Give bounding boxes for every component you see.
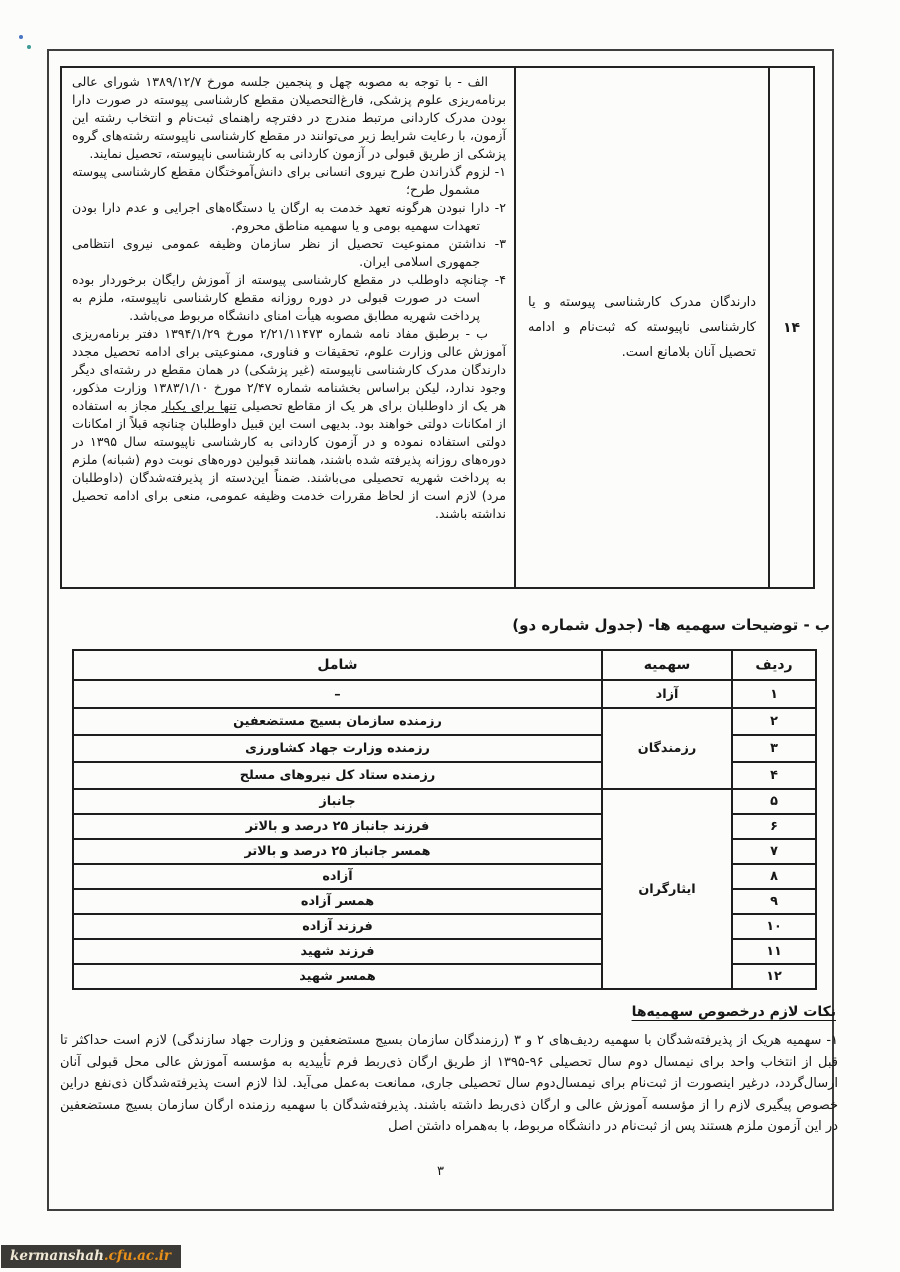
row-no: ۱۱ <box>732 939 816 964</box>
quota-group-razmandegan: رزمندگان <box>602 708 732 789</box>
row-no: ۱ <box>732 680 816 708</box>
shamel-cell: رزمنده وزارت جهاد کشاورزی <box>73 735 602 762</box>
eligibility-row-14: ۱۴ دارندگان مدرک کارشناسی پیوسته و یا کا… <box>61 67 814 588</box>
notes-paragraph: ۱- سهمیه هریک از پذیرفته‌شدگان با سهمیه … <box>60 1030 838 1138</box>
quota-group-azad: آزاد <box>602 680 732 708</box>
header-shamel: شامل <box>73 650 602 680</box>
condition-item-2: ۲- دارا نبودن هرگونه تعهد خدمت به ارگان … <box>72 199 506 235</box>
paragraph-b-rest: مجاز به استفاده از امکانات دولتی خواهند … <box>72 398 506 521</box>
table-row: ۱ آزاد – <box>73 680 816 708</box>
watermark-badge[interactable]: kermanshah.cfu.ac.ir <box>1 1245 181 1268</box>
row-no: ۵ <box>732 789 816 814</box>
scanned-exam-notice-page: ۱۴ دارندگان مدرک کارشناسی پیوسته و یا کا… <box>0 0 900 1272</box>
table-row: ۵ ایثارگران جانباز <box>73 789 816 814</box>
condition-item-4: ۴- چنانچه داوطلب در مقطع کارشناسی پیوسته… <box>72 271 506 325</box>
shamel-cell: همسر جانباز ۲۵ درصد و بالاتر <box>73 839 602 864</box>
shamel-cell: جانباز <box>73 789 602 814</box>
row-no: ۷ <box>732 839 816 864</box>
row-no: ۳ <box>732 735 816 762</box>
header-sahmieh: سهمیه <box>602 650 732 680</box>
table-row: ۲ رزمندگان رزمنده سازمان بسیج مستضعفین <box>73 708 816 735</box>
eligibility-details-cell: الف - با توجه به مصوبه چهل و پنجمین جلسه… <box>61 67 515 588</box>
shamel-cell: همسر آزاده <box>73 889 602 914</box>
condition-item-1: ۱- لزوم گذراندن طرح نیروی انسانی برای دا… <box>72 163 506 199</box>
row-no: ۸ <box>732 864 816 889</box>
shamel-cell: – <box>73 680 602 708</box>
shamel-cell: رزمنده سازمان بسیج مستضعفین <box>73 708 602 735</box>
quota-group-isargaran: ایثارگران <box>602 789 732 989</box>
watermark-domain: .cfu.ac.ir <box>104 1248 171 1264</box>
row-no: ۱۰ <box>732 914 816 939</box>
shamel-cell: فرزند جانباز ۲۵ درصد و بالاتر <box>73 814 602 839</box>
shamel-cell: رزمنده ستاد کل نیروهای مسلح <box>73 762 602 789</box>
shamel-cell: آزاده <box>73 864 602 889</box>
watermark-site-name: kermanshah <box>10 1248 104 1264</box>
row-number-cell: ۱۴ <box>769 67 814 588</box>
eligibility-summary-cell: دارندگان مدرک کارشناسی پیوسته و یا کارشن… <box>515 67 769 588</box>
quota-table-header-row: ردیف سهمیه شامل <box>73 650 816 680</box>
row-no: ۹ <box>732 889 816 914</box>
quota-table: ردیف سهمیه شامل ۱ آزاد – ۲ رزمندگان رزمن… <box>72 649 817 990</box>
quota-section-title: ب - توضیحات سهمیه ها- (جدول شماره دو) <box>512 616 830 634</box>
paragraph-b-underlined-phrase: تنها برای یکبار <box>162 398 237 413</box>
header-radif: ردیف <box>732 650 816 680</box>
shamel-cell: فرزند آزاده <box>73 914 602 939</box>
row-no: ۲ <box>732 708 816 735</box>
shamel-cell: همسر شهید <box>73 964 602 989</box>
scan-speck-blue-icon <box>19 35 23 39</box>
paragraph-alef: الف - با توجه به مصوبه چهل و پنجمین جلسه… <box>72 73 506 163</box>
paragraph-b: ب - برطبق مفاد نامه شماره ۲/۲۱/۱۱۴۷۳ مور… <box>72 325 506 523</box>
row-no: ۱۲ <box>732 964 816 989</box>
shamel-cell: فرزند شهید <box>73 939 602 964</box>
condition-item-3: ۳- نداشتن ممنوعیت تحصیل از نظر سازمان وظ… <box>72 235 506 271</box>
scan-speck-teal-icon <box>27 45 31 49</box>
page-number: ۳ <box>47 1164 834 1179</box>
eligibility-table: ۱۴ دارندگان مدرک کارشناسی پیوسته و یا کا… <box>60 66 815 589</box>
row-no: ۶ <box>732 814 816 839</box>
row-no: ۴ <box>732 762 816 789</box>
notes-title: نکات لازم درخصوص سهمیه‌ها <box>632 1004 836 1020</box>
